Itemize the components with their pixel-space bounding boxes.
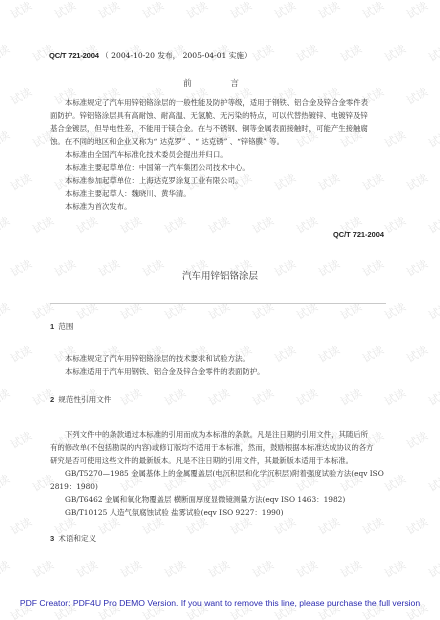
foreword-line: 本标准为首次发布。 bbox=[50, 200, 390, 213]
foreword-line: 本标准主要起草人：魏晓川、黄华清。 bbox=[50, 187, 390, 200]
foreword-line: 本标准主要起草单位：中国第一汽车集团公司技术中心。 bbox=[50, 161, 390, 174]
foreword-line: 基合金镀层，但导电性差，不能用于镁合金。在与不锈钢、铜等金属表面接触时，可能产生… bbox=[50, 122, 390, 135]
foreword-line: 本标准规定了汽车用锌铝铬涂层的一般性能及防护等级，适用于钢铁、铝合金及锌合金零件… bbox=[50, 96, 390, 109]
section-title: 规范性引用文件 bbox=[58, 395, 111, 404]
document-title: 汽车用锌铝铬涂层 bbox=[0, 268, 440, 282]
body-line: 下列文件中的条款通过本标准的引用而成为本标准的条款。凡是注日期的引用文件，其随后… bbox=[50, 428, 395, 441]
section-number: 1 bbox=[50, 322, 54, 331]
section-body-1: 本标准规定了汽车用锌铝铬涂层的技术要求和试验方法。 本标准适用于汽车用钢铁、铝合… bbox=[50, 352, 390, 378]
pdf-creator-footer: PDF Creator: PDF4U Pro DEMO Version. If … bbox=[0, 598, 440, 608]
foreword-body: 本标准规定了汽车用锌铝铬涂层的一般性能及防护等级，适用于钢铁、铝合金及锌合金零件… bbox=[50, 96, 390, 213]
document-page: QC/T 721-2004 （ 2004-10-20 发布， 2005-04-0… bbox=[0, 0, 440, 620]
title-divider bbox=[50, 303, 386, 304]
section-body-2: 下列文件中的条款通过本标准的引用而成为本标准的条款。凡是注日期的引用文件，其随后… bbox=[50, 428, 395, 519]
section-number: 3 bbox=[50, 534, 54, 543]
foreword-line: 面防护。锌铝铬涂层具有高耐蚀、耐高温、无氢脆、无污染的特点，可以代替热镀锌、电镀… bbox=[50, 109, 390, 122]
reference-line: 2819：1980) bbox=[50, 480, 395, 493]
standard-code: QC/T 721-2004 bbox=[49, 51, 99, 60]
section-heading-2: 2规范性引用文件 bbox=[50, 394, 111, 405]
section-heading-1: 1范围 bbox=[50, 321, 73, 332]
foreword-line: 蚀。在不同的地区和企业又称为“ 达克罗” 、“ 达克锈” 、“锌铬膜” 等。 bbox=[50, 135, 390, 148]
body-line: 本标准适用于汽车用钢铁、铝合金及锌合金零件的表面防护。 bbox=[50, 365, 390, 378]
body-line: 本标准规定了汽车用锌铝铬涂层的技术要求和试验方法。 bbox=[50, 352, 390, 365]
reference-line: GB/T10125 人造气氛腐蚀试验 盐雾试验(eqv ISO 9227：199… bbox=[50, 506, 395, 519]
section-title: 术语和定义 bbox=[58, 534, 96, 543]
reference-line: GB/T5270—1985 金属基体上的金属覆盖层(电沉积层和化学沉积层)附着强… bbox=[50, 467, 395, 480]
foreword-title: 前 言 bbox=[0, 77, 440, 89]
publish-info: （ 2004-10-20 发布， 2005-04-01 实施） bbox=[101, 51, 251, 60]
section-heading-3: 3术语和定义 bbox=[50, 533, 96, 544]
section-title: 范围 bbox=[58, 322, 73, 331]
standard-header: QC/T 721-2004 （ 2004-10-20 发布， 2005-04-0… bbox=[49, 50, 252, 61]
body-line: 有的修改单(不包括勘误的内容)或修订版均不适用于本标准，然而，鼓励根据本标准达成… bbox=[50, 441, 395, 454]
foreword-line: 本标准参加起草单位：上海达克罗涂复工业有限公司。 bbox=[50, 174, 390, 187]
body-line: 研究是否可使用这些文件的最新版本。凡是不注日期的引用文件，其最新版本适用于本标准… bbox=[50, 454, 395, 467]
standard-code-right: QC/T 721-2004 bbox=[333, 230, 384, 239]
section-number: 2 bbox=[50, 395, 54, 404]
reference-line: GB/T6462 金属和氧化物覆盖层 横断面厚度显微镜测量方法(eqv ISO … bbox=[50, 493, 395, 506]
foreword-line: 本标准由全国汽车标准化技术委员会提出并归口。 bbox=[50, 148, 390, 161]
